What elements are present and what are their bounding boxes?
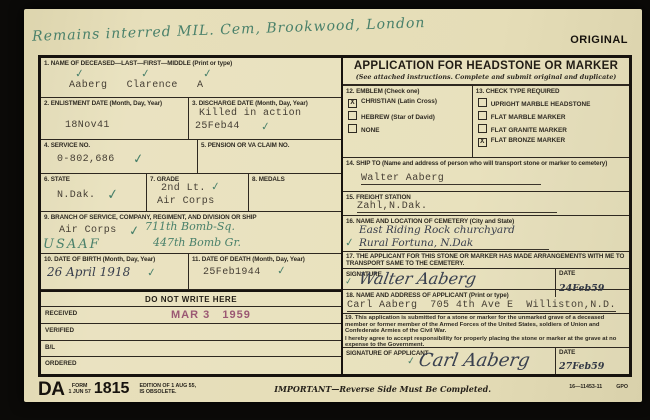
discharge-note-value: Killed in action bbox=[199, 108, 301, 119]
form-header: APPLICATION FOR HEADSTONE OR MARKER (See… bbox=[343, 58, 629, 86]
freight-station-value: Zahl,N.Dak. bbox=[357, 201, 557, 213]
field-label: 18. NAME AND ADDRESS OF APPLICANT (Print… bbox=[346, 292, 626, 299]
check-mark: ✓ bbox=[344, 277, 353, 288]
check-mark: ✓ bbox=[202, 66, 213, 80]
birth-date-value: 26 April 1918 bbox=[47, 265, 130, 279]
bl-label: B/L bbox=[41, 341, 55, 356]
form-title: APPLICATION FOR HEADSTONE OR MARKER bbox=[343, 60, 629, 72]
verified-row: VERIFIED bbox=[41, 324, 341, 341]
check-mark: ✓ bbox=[132, 151, 145, 167]
option-label: HEBREW (Star of David) bbox=[361, 114, 435, 121]
type-option-flat-marble: FLAT MARBLE MARKER bbox=[478, 111, 626, 121]
option-label: UPRIGHT MARBLE HEADSTONE bbox=[491, 101, 591, 108]
row-birth-death: 10. DATE OF BIRTH (Month, Day, Year) 26 … bbox=[41, 254, 341, 290]
applicant-signature: Carl Aaberg bbox=[417, 350, 531, 371]
checkbox-hebrew bbox=[348, 111, 357, 120]
branch-hand-group: 447th Bomb Gr. bbox=[153, 236, 241, 249]
gpo-label: GPO bbox=[616, 385, 628, 391]
checkbox-flat-granite bbox=[478, 124, 487, 133]
checkbox-christian: X bbox=[348, 99, 357, 108]
field-service-no: 4. SERVICE NO. 0-802,686 ✓ bbox=[41, 140, 197, 173]
cemetery-line2: Rural Fortuna, N.Dak bbox=[359, 237, 549, 250]
death-date-value: 25Feb1944 bbox=[203, 267, 261, 278]
check-mark: ✓ bbox=[276, 263, 287, 277]
do-not-write-header: DO NOT WRITE HERE bbox=[41, 290, 341, 307]
field-cemetery: 16. NAME AND LOCATION OF CEMETERY (City … bbox=[343, 216, 629, 252]
field-freight-station: 15. FREIGHT STATION Zahl,N.Dak. bbox=[343, 192, 629, 216]
ship-to-value: Walter Aaberg bbox=[361, 173, 541, 185]
field-enlistment-date: 2. ENLISTMENT DATE (Month, Day, Year) 18… bbox=[41, 98, 188, 139]
check-mark: ✓ bbox=[406, 355, 416, 367]
left-column: 1. NAME OF DECEASED—LAST—FIRST—MIDDLE (P… bbox=[41, 58, 343, 374]
check-mark: ✓ bbox=[344, 235, 355, 249]
do-not-write-title: DO NOT WRITE HERE bbox=[41, 292, 341, 306]
option-label: FLAT GRANITE MARKER bbox=[491, 127, 567, 134]
checkbox-upright-marble bbox=[478, 98, 487, 107]
field-emblem: 12. EMBLEM (Check one) XCHRISTIAN (Latin… bbox=[343, 86, 472, 157]
field-grade: 7. GRADE 2nd Lt. ✓ Air Corps bbox=[146, 174, 248, 211]
form-subtitle: (See attached instructions. Complete and… bbox=[343, 73, 629, 81]
type-option-upright-marble: UPRIGHT MARBLE HEADSTONE bbox=[478, 98, 626, 108]
field-date-of-death: 11. DATE OF DEATH (Month, Day, Year) 25F… bbox=[188, 254, 341, 289]
field-label: 10. DATE OF BIRTH (Month, Day, Year) bbox=[44, 256, 185, 263]
check-mark: ✓ bbox=[140, 66, 151, 80]
checkbox-flat-bronze: X bbox=[478, 138, 487, 147]
field-ship-to: 14. SHIP TO (Name and address of person … bbox=[343, 158, 629, 192]
check-mark: ✓ bbox=[106, 186, 120, 203]
date-label: DATE bbox=[559, 349, 626, 356]
field-label: 11. DATE OF DEATH (Month, Day, Year) bbox=[192, 256, 338, 263]
check-mark: ✓ bbox=[146, 265, 157, 279]
applicant-address-value: Carl Aaberg 705 4th Ave E Williston,N.D. bbox=[347, 300, 616, 312]
type-option-flat-bronze: XFLAT BRONZE MARKER bbox=[478, 137, 626, 147]
emblem-option-christian: XCHRISTIAN (Latin Cross) bbox=[348, 98, 469, 108]
field-medals: 8. MEDALS bbox=[248, 174, 341, 211]
ordered-label: ORDERED bbox=[41, 357, 77, 374]
cemetery-line1: East Riding Rock churchyard bbox=[359, 224, 515, 236]
check-mark: ✓ bbox=[74, 66, 85, 80]
check-mark: ✓ bbox=[128, 223, 141, 239]
emblem-option-hebrew: HEBREW (Star of David) bbox=[348, 111, 469, 121]
checkbox-flat-marble bbox=[478, 111, 487, 120]
field-pension-claim-no: 5. PENSION OR VA CLAIM NO. bbox=[197, 140, 341, 173]
deceased-name-value: Aaberg Clarence A bbox=[69, 80, 203, 91]
edition-line2: IS OBSOLETE. bbox=[139, 390, 196, 396]
field-certification: 19. This application is submitted for a … bbox=[343, 314, 629, 348]
option-label: CHRISTIAN (Latin Cross) bbox=[361, 98, 437, 105]
received-date-stamp: MAR 3 1959 bbox=[171, 309, 251, 321]
field-label: 14. SHIP TO (Name and address of person … bbox=[346, 160, 626, 167]
form-number: 1815 bbox=[94, 381, 130, 397]
row-enlist-discharge: 2. ENLISTMENT DATE (Month, Day, Year) 18… bbox=[41, 98, 341, 140]
form-card: Remains interred MIL. Cem, Brookwood, Lo… bbox=[24, 9, 642, 402]
applicant-date-cell: DATE 27Feb59 bbox=[555, 348, 629, 374]
state-value: N.Dak. bbox=[57, 190, 95, 201]
grade-value-line2: Air Corps bbox=[157, 196, 215, 207]
received-row: RECEIVED MAR 3 1959 bbox=[41, 307, 341, 324]
field-label: 13. CHECK TYPE REQUIRED bbox=[476, 88, 626, 95]
discharge-date-value: 25Feb44 bbox=[195, 121, 240, 132]
field-applicant-address: 18. NAME AND ADDRESS OF APPLICANT (Print… bbox=[343, 290, 629, 314]
field-label: 12. EMBLEM (Check one) bbox=[346, 88, 469, 95]
form-footer: DA FORM 1 JUN 57 1815 EDITION OF 1 AUG 5… bbox=[38, 381, 632, 398]
da-label: DA bbox=[38, 381, 64, 398]
row-state-grade-medals: 6. STATE N.Dak. ✓ 7. GRADE 2nd Lt. ✓ Air… bbox=[41, 174, 341, 212]
enlistment-date-value: 18Nov41 bbox=[65, 120, 110, 131]
field-label: 5. PENSION OR VA CLAIM NO. bbox=[201, 142, 338, 149]
option-label: FLAT BRONZE MARKER bbox=[491, 137, 565, 144]
ordered-row: ORDERED bbox=[41, 357, 341, 374]
branch-hand-squadron: 711th Bomb-Sq. bbox=[145, 220, 235, 233]
option-label: NONE bbox=[361, 127, 379, 134]
field-name-of-deceased: 1. NAME OF DECEASED—LAST—FIRST—MIDDLE (P… bbox=[41, 58, 341, 98]
row-emblem-type: 12. EMBLEM (Check one) XCHRISTIAN (Latin… bbox=[343, 86, 629, 158]
field-date-of-birth: 10. DATE OF BIRTH (Month, Day, Year) 26 … bbox=[41, 254, 188, 289]
original-label: ORIGINAL bbox=[570, 34, 628, 46]
bl-row: B/L bbox=[41, 341, 341, 357]
applicant-signature-cell: SIGNATURE OF APPLICANT ✓ Carl Aaberg bbox=[343, 348, 555, 374]
right-column: APPLICATION FOR HEADSTONE OR MARKER (See… bbox=[343, 58, 629, 374]
scan-background: Remains interred MIL. Cem, Brookwood, Lo… bbox=[0, 0, 650, 420]
check-mark: ✓ bbox=[210, 179, 221, 193]
branch-hand-usaaf: USAAF bbox=[43, 237, 101, 252]
option-label: FLAT MARBLE MARKER bbox=[491, 114, 566, 121]
print-code: 16—11453-11 bbox=[569, 385, 602, 391]
check-mark: ✓ bbox=[260, 119, 271, 133]
applicant-signature-row: SIGNATURE OF APPLICANT ✓ Carl Aaberg DAT… bbox=[343, 348, 629, 374]
field-label: 1. NAME OF DECEASED—LAST—FIRST—MIDDLE (P… bbox=[44, 60, 338, 67]
field-state: 6. STATE N.Dak. ✓ bbox=[41, 174, 146, 211]
field-label: 8. MEDALS bbox=[252, 176, 338, 183]
field-check-type: 13. CHECK TYPE REQUIRED UPRIGHT MARBLE H… bbox=[472, 86, 629, 157]
field-label: 2. ENLISTMENT DATE (Month, Day, Year) bbox=[44, 100, 185, 107]
top-handwritten-note: Remains interred MIL. Cem, Brookwood, Lo… bbox=[32, 9, 592, 45]
field-label: 17. THE APPLICANT FOR THIS STONE OR MARK… bbox=[346, 253, 626, 267]
checkbox-none bbox=[348, 124, 357, 133]
certification-paragraph-1: 19. This application is submitted for a … bbox=[345, 315, 627, 335]
field-label: 6. STATE bbox=[44, 176, 143, 183]
field-branch-of-service: 9. BRANCH OF SERVICE, COMPANY, REGIMENT,… bbox=[41, 212, 341, 254]
verified-label: VERIFIED bbox=[41, 324, 74, 340]
field-transport-arrangement: 17. THE APPLICANT FOR THIS STONE OR MARK… bbox=[343, 252, 629, 290]
emblem-option-none: NONE bbox=[348, 124, 469, 134]
applicant-date-value: 27Feb59 bbox=[559, 361, 604, 372]
important-note: IMPORTANT—Reverse Side Must Be Completed… bbox=[196, 384, 569, 394]
branch-typed-value: Air Corps bbox=[59, 225, 117, 236]
form-box: 1. NAME OF DECEASED—LAST—FIRST—MIDDLE (P… bbox=[38, 55, 632, 377]
field-discharge-date: 3. DISCHARGE DATE (Month, Day, Year) Kil… bbox=[188, 98, 341, 139]
date-label: DATE bbox=[559, 270, 626, 277]
field-label: 4. SERVICE NO. bbox=[44, 142, 194, 149]
service-no-value: 0-802,686 bbox=[57, 154, 115, 165]
received-label: RECEIVED bbox=[41, 307, 77, 323]
form-date: 1 JUN 57 bbox=[68, 390, 90, 396]
field-label: 3. DISCHARGE DATE (Month, Day, Year) bbox=[192, 100, 338, 107]
type-option-flat-granite: FLAT GRANITE MARKER bbox=[478, 124, 626, 134]
transport-signature: Walter Aaberg bbox=[357, 269, 477, 288]
grade-value-line1: 2nd Lt. bbox=[161, 183, 206, 194]
row-service-pension: 4. SERVICE NO. 0-802,686 ✓ 5. PENSION OR… bbox=[41, 140, 341, 174]
